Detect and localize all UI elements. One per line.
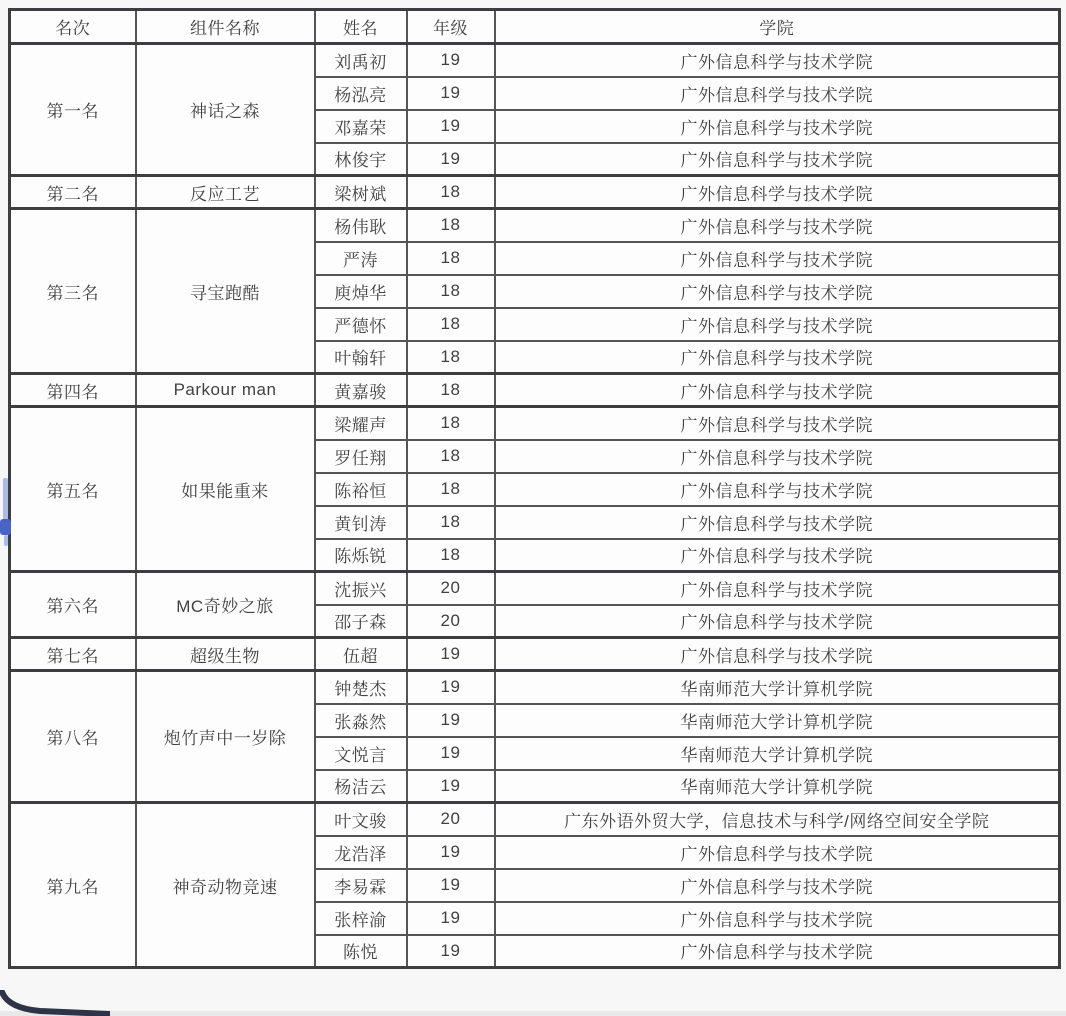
grade-cell: 20	[407, 803, 495, 836]
rank-cell: 第七名	[10, 638, 136, 671]
college-cell: 广外信息科学与技术学院	[495, 275, 1060, 308]
college-cell: 广外信息科学与技术学院	[495, 143, 1060, 176]
name-cell: 杨伟耿	[315, 209, 407, 242]
grade-cell: 19	[407, 836, 495, 869]
college-cell: 广外信息科学与技术学院	[495, 638, 1060, 671]
column-header-rank: 名次	[10, 10, 136, 44]
team-cell: 如果能重来	[136, 407, 315, 572]
grade-cell: 18	[407, 506, 495, 539]
college-cell: 广外信息科学与技术学院	[495, 539, 1060, 572]
screenshot-root: 名次 组件名称 姓名 年级 学院 第一名神话之森刘禹初19广外信息科学与技术学院…	[0, 0, 1066, 1016]
name-cell: 叶翰轩	[315, 341, 407, 374]
college-cell: 华南师范大学计算机学院	[495, 704, 1060, 737]
rank-cell: 第二名	[10, 176, 136, 209]
college-cell: 广外信息科学与技术学院	[495, 902, 1060, 935]
name-cell: 陈烁锐	[315, 539, 407, 572]
name-cell: 刘禹初	[315, 44, 407, 77]
results-table: 名次 组件名称 姓名 年级 学院 第一名神话之森刘禹初19广外信息科学与技术学院…	[8, 8, 1061, 969]
name-cell: 黄嘉骏	[315, 374, 407, 407]
grade-cell: 18	[407, 539, 495, 572]
rank-cell: 第九名	[10, 803, 136, 968]
team-cell: 神话之森	[136, 44, 315, 176]
college-cell: 广外信息科学与技术学院	[495, 176, 1060, 209]
grade-cell: 20	[407, 605, 495, 638]
college-cell: 广外信息科学与技术学院	[495, 935, 1060, 968]
team-cell: 寻宝跑酷	[136, 209, 315, 374]
grade-cell: 18	[407, 176, 495, 209]
table-row: 第八名炮竹声中一岁除钟楚杰19华南师范大学计算机学院	[10, 671, 1060, 704]
college-cell: 广外信息科学与技术学院	[495, 242, 1060, 275]
grade-cell: 18	[407, 440, 495, 473]
name-cell: 沈振兴	[315, 572, 407, 605]
grade-cell: 18	[407, 341, 495, 374]
team-cell: 超级生物	[136, 638, 315, 671]
column-header-college: 学院	[495, 10, 1060, 44]
college-cell: 华南师范大学计算机学院	[495, 737, 1060, 770]
grade-cell: 19	[407, 671, 495, 704]
grade-cell: 18	[407, 407, 495, 440]
grade-cell: 19	[407, 902, 495, 935]
name-cell: 伍超	[315, 638, 407, 671]
name-cell: 杨泓亮	[315, 77, 407, 110]
college-cell: 广外信息科学与技术学院	[495, 374, 1060, 407]
header-row: 名次 组件名称 姓名 年级 学院	[10, 10, 1060, 44]
name-cell: 庾焯华	[315, 275, 407, 308]
grade-cell: 19	[407, 638, 495, 671]
column-header-name: 姓名	[315, 10, 407, 44]
table-row: 第一名神话之森刘禹初19广外信息科学与技术学院	[10, 44, 1060, 77]
name-cell: 严德怀	[315, 308, 407, 341]
selection-cursor-handle[interactable]	[0, 519, 11, 535]
grade-cell: 18	[407, 374, 495, 407]
team-cell: 神奇动物竞速	[136, 803, 315, 968]
grade-cell: 19	[407, 110, 495, 143]
college-cell: 华南师范大学计算机学院	[495, 770, 1060, 803]
name-cell: 罗任翔	[315, 440, 407, 473]
college-cell: 广外信息科学与技术学院	[495, 110, 1060, 143]
grade-cell: 19	[407, 737, 495, 770]
rank-cell: 第六名	[10, 572, 136, 638]
name-cell: 叶文骏	[315, 803, 407, 836]
name-cell: 陈悦	[315, 935, 407, 968]
college-cell: 广东外语外贸大学，信息技术与科学/网络空间安全学院	[495, 803, 1060, 836]
table-row: 第九名神奇动物竞速叶文骏20广东外语外贸大学，信息技术与科学/网络空间安全学院	[10, 803, 1060, 836]
name-cell: 张淼然	[315, 704, 407, 737]
college-cell: 广外信息科学与技术学院	[495, 308, 1060, 341]
college-cell: 广外信息科学与技术学院	[495, 572, 1060, 605]
rank-cell: 第三名	[10, 209, 136, 374]
column-header-team: 组件名称	[136, 10, 315, 44]
table-row: 第六名MC奇妙之旅沈振兴20广外信息科学与技术学院	[10, 572, 1060, 605]
table-row: 第二名反应工艺梁树斌18广外信息科学与技术学院	[10, 176, 1060, 209]
name-cell: 张梓渝	[315, 902, 407, 935]
rounded-corner-chrome	[0, 990, 110, 1016]
name-cell: 邵子森	[315, 605, 407, 638]
grade-cell: 18	[407, 308, 495, 341]
grade-cell: 19	[407, 935, 495, 968]
column-header-grade: 年级	[407, 10, 495, 44]
college-cell: 广外信息科学与技术学院	[495, 869, 1060, 902]
name-cell: 李易霖	[315, 869, 407, 902]
team-cell: 炮竹声中一岁除	[136, 671, 315, 803]
college-cell: 广外信息科学与技术学院	[495, 407, 1060, 440]
rank-cell: 第八名	[10, 671, 136, 803]
team-cell: Parkour man	[136, 374, 315, 407]
selection-cursor-tail	[4, 535, 8, 546]
college-cell: 广外信息科学与技术学院	[495, 341, 1060, 374]
college-cell: 广外信息科学与技术学院	[495, 44, 1060, 77]
bottom-strip	[0, 1011, 1066, 1016]
college-cell: 广外信息科学与技术学院	[495, 209, 1060, 242]
grade-cell: 19	[407, 44, 495, 77]
name-cell: 严涛	[315, 242, 407, 275]
name-cell: 陈裕恒	[315, 473, 407, 506]
name-cell: 梁树斌	[315, 176, 407, 209]
name-cell: 邓嘉荣	[315, 110, 407, 143]
name-cell: 钟楚杰	[315, 671, 407, 704]
grade-cell: 18	[407, 275, 495, 308]
name-cell: 杨洁云	[315, 770, 407, 803]
grade-cell: 18	[407, 473, 495, 506]
college-cell: 广外信息科学与技术学院	[495, 605, 1060, 638]
rank-cell: 第五名	[10, 407, 136, 572]
college-cell: 广外信息科学与技术学院	[495, 77, 1060, 110]
college-cell: 广外信息科学与技术学院	[495, 506, 1060, 539]
grade-cell: 20	[407, 572, 495, 605]
college-cell: 广外信息科学与技术学院	[495, 473, 1060, 506]
name-cell: 黄钊涛	[315, 506, 407, 539]
grade-cell: 19	[407, 770, 495, 803]
grade-cell: 19	[407, 143, 495, 176]
table-header: 名次 组件名称 姓名 年级 学院	[10, 10, 1060, 44]
college-cell: 广外信息科学与技术学院	[495, 440, 1060, 473]
grade-cell: 19	[407, 77, 495, 110]
rank-cell: 第一名	[10, 44, 136, 176]
rank-cell: 第四名	[10, 374, 136, 407]
college-cell: 华南师范大学计算机学院	[495, 671, 1060, 704]
table-row: 第三名寻宝跑酷杨伟耿18广外信息科学与技术学院	[10, 209, 1060, 242]
name-cell: 林俊宇	[315, 143, 407, 176]
college-cell: 广外信息科学与技术学院	[495, 836, 1060, 869]
team-cell: 反应工艺	[136, 176, 315, 209]
team-cell: MC奇妙之旅	[136, 572, 315, 638]
grade-cell: 19	[407, 704, 495, 737]
table-body: 第一名神话之森刘禹初19广外信息科学与技术学院杨泓亮19广外信息科学与技术学院邓…	[10, 44, 1060, 968]
name-cell: 梁耀声	[315, 407, 407, 440]
name-cell: 文悦言	[315, 737, 407, 770]
table-row: 第五名如果能重来梁耀声18广外信息科学与技术学院	[10, 407, 1060, 440]
table-row: 第四名Parkour man黄嘉骏18广外信息科学与技术学院	[10, 374, 1060, 407]
grade-cell: 18	[407, 209, 495, 242]
grade-cell: 18	[407, 242, 495, 275]
grade-cell: 19	[407, 869, 495, 902]
table-row: 第七名超级生物伍超19广外信息科学与技术学院	[10, 638, 1060, 671]
name-cell: 龙浩泽	[315, 836, 407, 869]
